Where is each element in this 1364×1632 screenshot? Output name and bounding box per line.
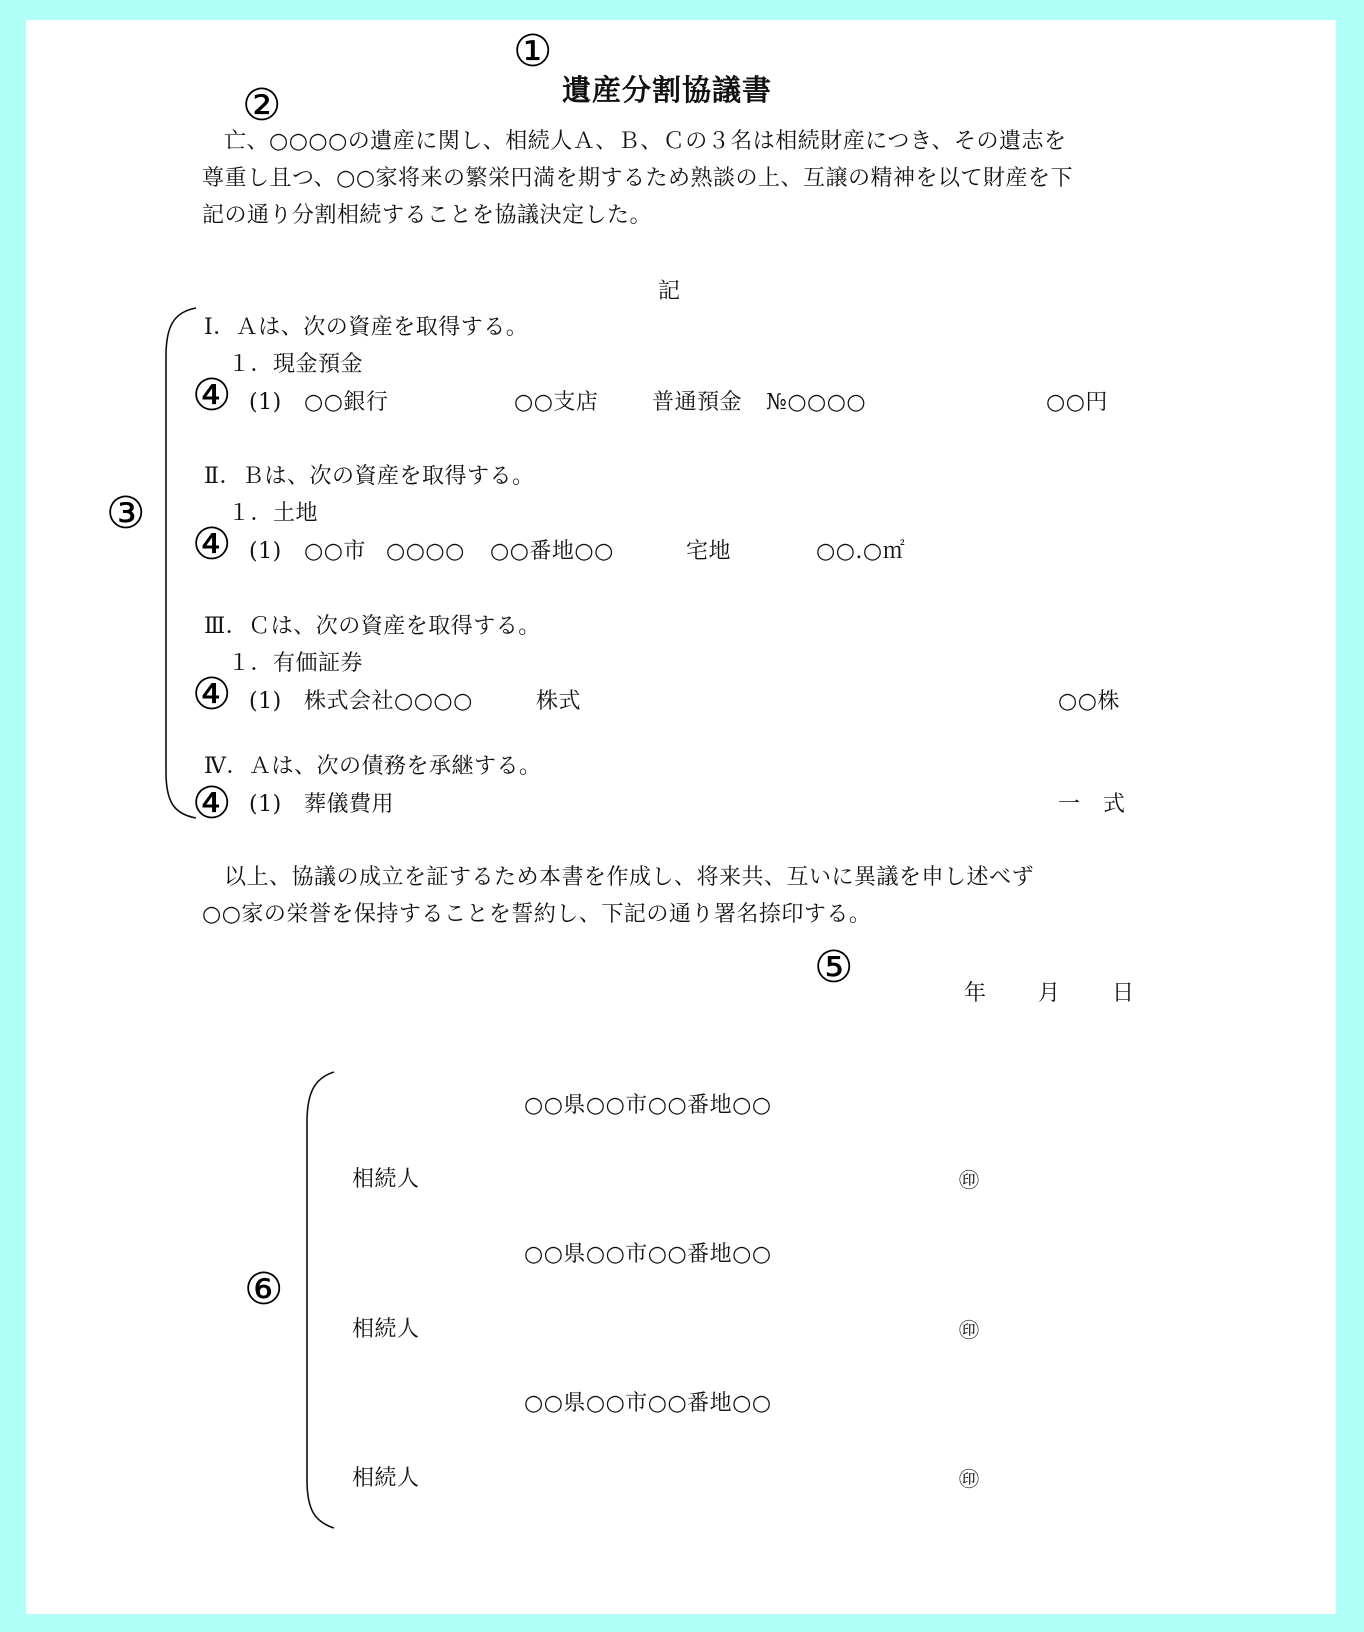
marker-4: ④ [192, 782, 231, 826]
section-3-heading: Ⅲ．Ｃは、次の資産を取得する。 [204, 613, 541, 641]
signatory-1-label: 相続人 [352, 1166, 420, 1194]
marker-4: ④ [192, 673, 231, 717]
ki-heading: 記 [658, 278, 681, 306]
marker-5: ⑤ [814, 946, 853, 990]
section-4-amount: 一 式 [1058, 791, 1126, 819]
section-2-district: ○○○○ [386, 538, 465, 566]
section-1-subheading: １．現金預金 [228, 351, 363, 379]
section-3-security-type: 株式 [536, 688, 581, 716]
section-3-item-num: (1) [249, 688, 282, 716]
signatory-2-label: 相続人 [352, 1316, 420, 1344]
signatory-3-label: 相続人 [352, 1465, 420, 1493]
marker-6: ⑥ [244, 1268, 283, 1312]
section-1-account-type: 普通預金 [652, 389, 742, 417]
intro-line-3: 記の通り分割相続することを協議決定した。 [202, 202, 652, 230]
marker-3: ③ [106, 492, 145, 536]
document-title: 遺産分割協議書 [562, 68, 772, 109]
section-4-item-num: (1) [249, 791, 282, 819]
signatory-3-address: ○○県○○市○○番地○○ [524, 1390, 772, 1418]
intro-line-1: 亡、○○○○の遺産に関し、相続人Ａ、Ｂ、Ｃの３名は相続財産につき、その遺志を [224, 128, 1066, 156]
section-1-branch: ○○支店 [514, 389, 598, 417]
section-4-heading: Ⅳ．Ａは、次の債務を承継する。 [204, 753, 541, 781]
section-3-shares: ○○株 [1058, 688, 1120, 716]
date-day: 日 [1112, 980, 1135, 1008]
section-1-heading: Ⅰ．Ａは、次の資産を取得する。 [204, 314, 528, 342]
section-2-heading: Ⅱ．Ｂは、次の資産を取得する。 [204, 463, 534, 491]
marker-4: ④ [192, 523, 231, 567]
section-2-land-type: 宅地 [686, 538, 731, 566]
section-2-lot: ○○番地○○ [490, 538, 614, 566]
section-2-item-num: (1) [249, 538, 282, 566]
marker-2: ② [242, 84, 281, 128]
section-1-item-num: (1) [249, 389, 282, 417]
seal-mark-icon: ㊞ [959, 1465, 980, 1493]
section-3-subheading: １．有価証券 [228, 650, 363, 678]
marker-4: ④ [192, 374, 231, 418]
intro-line-2: 尊重し且つ、○○家将来の繁栄円満を期するため熟談の上、互譲の精神を以て財産を下 [202, 165, 1073, 193]
date-month: 月 [1038, 980, 1061, 1008]
signatory-bracket [303, 1070, 343, 1530]
signatory-1-address: ○○県○○市○○番地○○ [524, 1092, 772, 1120]
marker-1: ① [513, 30, 552, 74]
closing-line-2: ○○家の栄誉を保持することを誓約し、下記の通り署名捺印する。 [202, 901, 871, 929]
section-1-bank: ○○銀行 [304, 389, 388, 417]
signatory-2-address: ○○県○○市○○番地○○ [524, 1241, 772, 1269]
section-1-amount: ○○円 [1046, 389, 1108, 417]
seal-mark-icon: ㊞ [959, 1316, 980, 1344]
section-1-account-no: №○○○○ [766, 389, 866, 417]
section-2-area: ○○.○㎡ [816, 538, 905, 566]
closing-line-1: 以上、協議の成立を証するため本書を作成し、将来共、互いに異議を申し述べず [224, 864, 1034, 892]
section-2-city: ○○市 [304, 538, 366, 566]
section-2-subheading: １．土地 [228, 500, 318, 528]
section-4-debt: 葬儀費用 [304, 791, 394, 819]
seal-mark-icon: ㊞ [959, 1166, 980, 1194]
section-3-company: 株式会社○○○○ [304, 688, 473, 716]
date-year: 年 [964, 980, 987, 1008]
